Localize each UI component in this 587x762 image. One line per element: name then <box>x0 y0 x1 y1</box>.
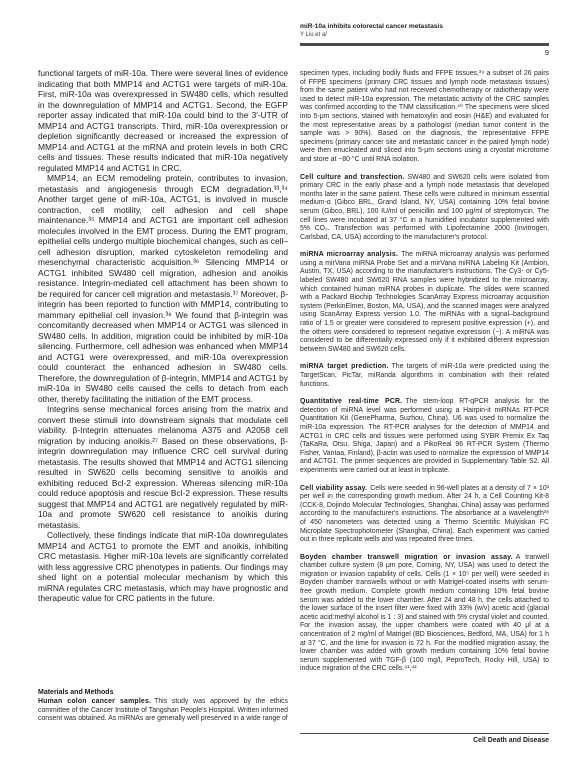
et-al: et al <box>315 32 326 38</box>
method-section-title: Quantitative real-time PCR. <box>300 398 402 405</box>
journal-name: Cell Death and Disease <box>300 737 549 744</box>
page-number: 9 <box>300 48 549 57</box>
method-section-body: Cells were seeded in 96-well plates at a… <box>300 485 549 544</box>
method-section-mirna-microarray: miRNA microarray analysis.The miRNA micr… <box>300 251 549 354</box>
method-section-body: The miRNA microarray analysis was perfor… <box>300 251 549 353</box>
running-head: miR-10a inhibits colorectal cancer metas… <box>300 23 549 57</box>
materials-and-methods-block: Materials and Methods Human colon cancer… <box>38 689 288 724</box>
discussion-paragraph: Collectively, these findings indicate th… <box>38 530 288 604</box>
method-section-cell-culture: Cell culture and transfection.SW480 and … <box>300 174 549 243</box>
journal-page: miR-10a inhibits colorectal cancer metas… <box>0 0 587 762</box>
author-name: Y Liu <box>300 32 314 38</box>
method-section-body: SW480 and SW620 cells were isolated from… <box>300 174 549 241</box>
method-section-title: Cell viability assay. <box>300 485 367 492</box>
method-section-title: Human colon cancer samples. <box>38 698 151 705</box>
method-section-quantitative-pcr: Quantitative real-time PCR.The stem-loop… <box>300 398 549 475</box>
running-authors: Y Liu et al <box>300 32 549 39</box>
method-section-boyden-chamber: Boyden chamber transwell migration or in… <box>300 554 549 674</box>
right-column: specimen types, including bodily fluids … <box>300 70 549 674</box>
method-section-title: miRNA target prediction. <box>300 363 389 370</box>
discussion-paragraph: MMP14, an ECM remodeling protein, contri… <box>38 173 288 404</box>
method-section-title: Cell culture and transfection. <box>300 174 405 181</box>
discussion-paragraph: Integrins sense mechanical forces arisin… <box>38 404 288 530</box>
discussion-paragraph: functional targets of miR-10a. There wer… <box>38 68 288 173</box>
method-section-human-colon-cancer-samples: Human colon cancer samples.This study wa… <box>38 698 288 724</box>
method-section-title: Boyden chamber transwell migration or in… <box>300 554 513 561</box>
method-section-cell-viability: Cell viability assay.Cells were seeded i… <box>300 485 549 545</box>
materials-and-methods-heading: Materials and Methods <box>38 689 288 696</box>
discussion-text: functional targets of miR-10a. There wer… <box>38 68 288 604</box>
header-rule <box>300 43 549 46</box>
footer-rule <box>300 733 549 734</box>
left-column: functional targets of miR-10a. There wer… <box>38 68 288 724</box>
method-section-body: The stem-loop RT-qPCR analysis for the d… <box>300 398 549 474</box>
method-continuation-paragraph: specimen types, including bodily fluids … <box>300 70 549 165</box>
method-section-body: A tranwell chamber culture system (8 μm … <box>300 554 549 673</box>
method-section-title: miRNA microarray analysis. <box>300 251 398 258</box>
running-title: miR-10a inhibits colorectal cancer metas… <box>300 23 549 31</box>
method-section-mirna-target-prediction: miRNA target prediction.The targets of m… <box>300 363 549 389</box>
